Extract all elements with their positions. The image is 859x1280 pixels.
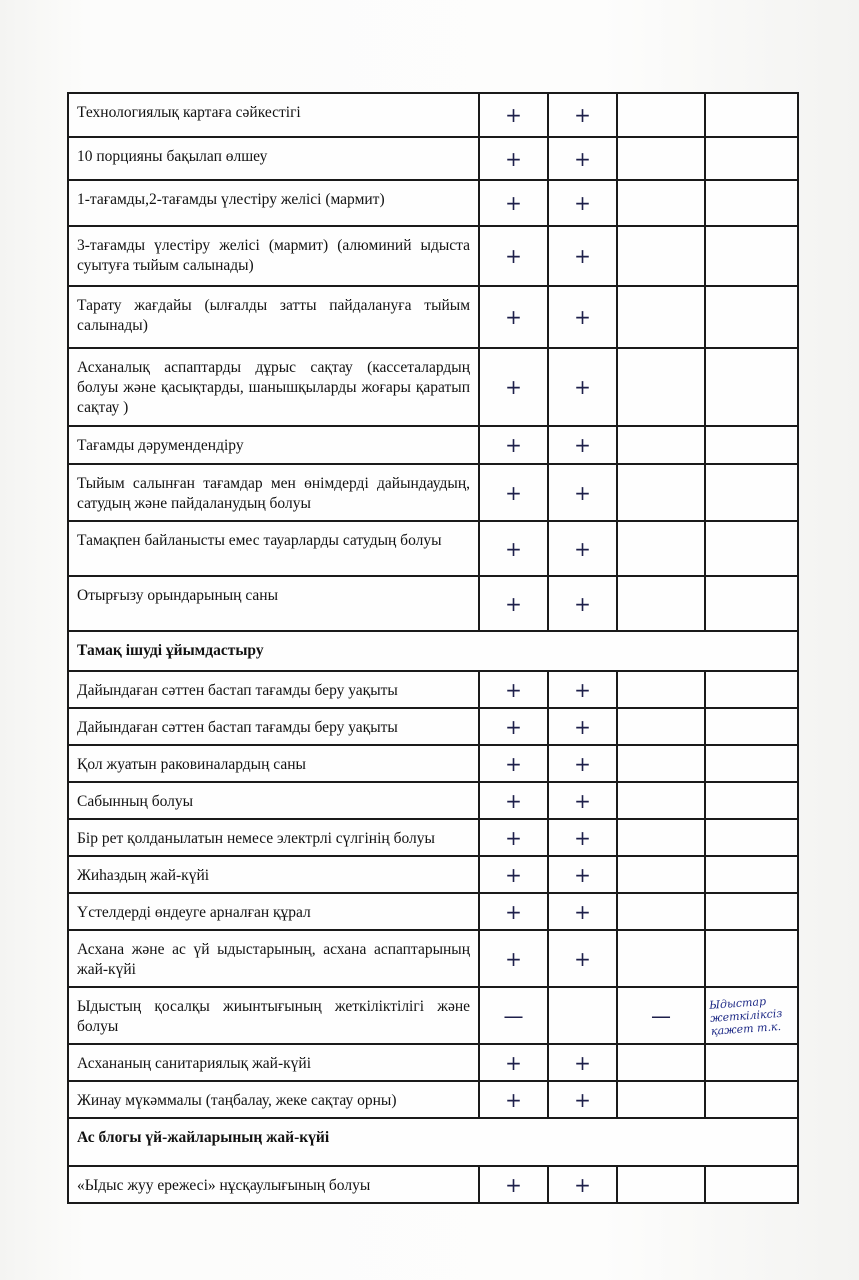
mark-cell-4 (705, 1044, 798, 1081)
mark-cell-1: + (479, 464, 548, 521)
checklist-row: Дайындаған сәттен бастап тағамды беру уа… (68, 708, 798, 745)
mark-cell-4 (705, 1166, 798, 1203)
criterion-label: Жиһаздың жай-күйі (68, 856, 479, 893)
checklist-row: Отырғызу орындарының саны++ (68, 576, 798, 631)
checklist-row: Жинау мүкәммалы (таңбалау, жеке сақтау о… (68, 1081, 798, 1118)
mark-cell-4 (705, 93, 798, 137)
mark-cell-1: + (479, 137, 548, 180)
criterion-label: Қол жуатын раковиналардың саны (68, 745, 479, 782)
checklist-row: «Ыдыс жуу ережесі» нұсқаулығының болуы++ (68, 1166, 798, 1203)
checklist-row: Асхананың санитариялық жай-күйі++ (68, 1044, 798, 1081)
mark-cell-1: + (479, 856, 548, 893)
mark-cell-3 (617, 286, 705, 348)
criterion-label: Отырғызу орындарының саны (68, 576, 479, 631)
criterion-label: Сабынның болуы (68, 782, 479, 819)
mark-cell-3 (617, 137, 705, 180)
checklist-row: Бір рет қолданылатын немесе электрлі сүл… (68, 819, 798, 856)
criterion-label: Ыдыстың қосалқы жиынтығының жеткіліктілі… (68, 987, 479, 1044)
handwritten-note: Ыдыстар жеткіліксіз қажет т.к. (703, 984, 800, 1047)
mark-cell-3 (617, 1044, 705, 1081)
criterion-label: Дайындаған сәттен бастап тағамды беру уа… (68, 708, 479, 745)
criterion-label: Жинау мүкәммалы (таңбалау, жеке сақтау о… (68, 1081, 479, 1118)
mark-cell-4 (705, 348, 798, 426)
mark-cell-4 (705, 782, 798, 819)
mark-cell-4 (705, 893, 798, 930)
checklist-body: Технологиялық картаға сәйкестігі++10 пор… (68, 93, 798, 1203)
mark-cell-4 (705, 745, 798, 782)
mark-cell-2: + (548, 708, 617, 745)
criterion-label: Тыйым салынған тағамдар мен өнімдерді да… (68, 464, 479, 521)
mark-cell-4 (705, 464, 798, 521)
mark-cell-1: + (479, 782, 548, 819)
criterion-label: 1-тағамды,2-тағамды үлестіру желісі (мар… (68, 180, 479, 226)
section-header-row: Ас блогы үй-жайларының жай-күйі (68, 1118, 798, 1166)
checklist-row: Жиһаздың жай-күйі++ (68, 856, 798, 893)
mark-cell-2: + (548, 348, 617, 426)
mark-cell-3 (617, 819, 705, 856)
mark-cell-3 (617, 745, 705, 782)
mark-cell-4 (705, 819, 798, 856)
mark-cell-2: + (548, 856, 617, 893)
checklist-row: Үстелдерді өндеуге арналған құрал++ (68, 893, 798, 930)
mark-cell-1: + (479, 286, 548, 348)
criterion-label: 10 порцияны бақылап өлшеу (68, 137, 479, 180)
criterion-label: 3-тағамды үлестіру желісі (мармит) (алюм… (68, 226, 479, 286)
mark-cell-2: + (548, 464, 617, 521)
mark-cell-1: + (479, 930, 548, 987)
mark-cell-2: + (548, 745, 617, 782)
mark-cell-3 (617, 708, 705, 745)
mark-cell-3 (617, 348, 705, 426)
mark-cell-1: + (479, 893, 548, 930)
mark-cell-3 (617, 180, 705, 226)
mark-cell-3 (617, 426, 705, 464)
mark-cell-3 (617, 93, 705, 137)
mark-cell-1: + (479, 226, 548, 286)
mark-cell-2: + (548, 671, 617, 708)
mark-cell-4 (705, 708, 798, 745)
mark-cell-2: + (548, 521, 617, 576)
mark-cell-3 (617, 893, 705, 930)
mark-cell-3 (617, 464, 705, 521)
criterion-label: Асхана және ас үй ыдыстарының, асхана ас… (68, 930, 479, 987)
checklist-row: Ыдыстың қосалқы жиынтығының жеткіліктілі… (68, 987, 798, 1044)
mark-cell-3 (617, 226, 705, 286)
criterion-label: Асханалық аспаптарды дұрыс сақтау (кассе… (68, 348, 479, 426)
mark-cell-1: + (479, 671, 548, 708)
mark-cell-2: + (548, 226, 617, 286)
mark-cell-2: + (548, 893, 617, 930)
criterion-label: Асхананың санитариялық жай-күйі (68, 1044, 479, 1081)
mark-cell-1: + (479, 708, 548, 745)
mark-cell-2: + (548, 1166, 617, 1203)
mark-cell-1: + (479, 1166, 548, 1203)
mark-cell-3 (617, 671, 705, 708)
mark-cell-3 (617, 856, 705, 893)
mark-cell-1: + (479, 576, 548, 631)
checklist-row: Қол жуатын раковиналардың саны++ (68, 745, 798, 782)
mark-cell-1: + (479, 521, 548, 576)
mark-cell-1: + (479, 745, 548, 782)
checklist-row: Тағамды дәрумендендіру++ (68, 426, 798, 464)
mark-cell-1: + (479, 426, 548, 464)
checklist-row: Технологиялық картаға сәйкестігі++ (68, 93, 798, 137)
mark-cell-2: + (548, 137, 617, 180)
mark-cell-2: + (548, 576, 617, 631)
mark-cell-2 (548, 987, 617, 1044)
checklist-row: Сабынның болуы++ (68, 782, 798, 819)
mark-cell-3 (617, 1166, 705, 1203)
mark-cell-1: + (479, 93, 548, 137)
mark-cell-2: + (548, 782, 617, 819)
criterion-label: Тағамды дәрумендендіру (68, 426, 479, 464)
mark-cell-2: + (548, 1044, 617, 1081)
mark-cell-2: + (548, 180, 617, 226)
section-header-row: Тамақ ішуді ұйымдастыру (68, 631, 798, 671)
mark-cell-3 (617, 782, 705, 819)
section-title: Ас блогы үй-жайларының жай-күйі (68, 1118, 798, 1166)
mark-cell-1: + (479, 348, 548, 426)
mark-cell-4 (705, 426, 798, 464)
checklist-row: Асхана және ас үй ыдыстарының, асхана ас… (68, 930, 798, 987)
mark-cell-3 (617, 930, 705, 987)
checklist-row: Тыйым салынған тағамдар мен өнімдерді да… (68, 464, 798, 521)
mark-cell-4 (705, 137, 798, 180)
mark-cell-3: — (617, 987, 705, 1044)
mark-cell-1: + (479, 1044, 548, 1081)
criterion-label: Технологиялық картаға сәйкестігі (68, 93, 479, 137)
mark-cell-1: + (479, 1081, 548, 1118)
mark-cell-2: + (548, 286, 617, 348)
checklist-row: Тарату жағдайы (ылғалды затты пайдалануғ… (68, 286, 798, 348)
mark-cell-4 (705, 576, 798, 631)
mark-cell-3 (617, 521, 705, 576)
checklist-row: 10 порцияны бақылап өлшеу++ (68, 137, 798, 180)
criterion-label: Дайындаған сәттен бастап тағамды беру уа… (68, 671, 479, 708)
checklist-row: Тамақпен байланысты емес тауарларды сату… (68, 521, 798, 576)
mark-cell-4 (705, 930, 798, 987)
criterion-label: Тамақпен байланысты емес тауарларды сату… (68, 521, 479, 576)
criterion-label: Бір рет қолданылатын немесе электрлі сүл… (68, 819, 479, 856)
mark-cell-2: + (548, 930, 617, 987)
checklist-row: Дайындаған сәттен бастап тағамды беру уа… (68, 671, 798, 708)
mark-cell-2: + (548, 426, 617, 464)
mark-cell-4 (705, 521, 798, 576)
checklist-row: Асханалық аспаптарды дұрыс сақтау (кассе… (68, 348, 798, 426)
mark-cell-3 (617, 576, 705, 631)
mark-cell-1: + (479, 180, 548, 226)
mark-cell-4 (705, 180, 798, 226)
section-title: Тамақ ішуді ұйымдастыру (68, 631, 798, 671)
mark-cell-2: + (548, 819, 617, 856)
criterion-label: Тарату жағдайы (ылғалды затты пайдалануғ… (68, 286, 479, 348)
mark-cell-1: — (479, 987, 548, 1044)
mark-cell-1: + (479, 819, 548, 856)
mark-cell-4 (705, 671, 798, 708)
mark-cell-2: + (548, 1081, 617, 1118)
checklist-row: 3-тағамды үлестіру желісі (мармит) (алюм… (68, 226, 798, 286)
inspection-checklist-table: Технологиялық картаға сәйкестігі++10 пор… (67, 92, 799, 1204)
mark-cell-2: + (548, 93, 617, 137)
mark-cell-4 (705, 856, 798, 893)
checklist-row: 1-тағамды,2-тағамды үлестіру желісі (мар… (68, 180, 798, 226)
mark-cell-3 (617, 1081, 705, 1118)
criterion-label: «Ыдыс жуу ережесі» нұсқаулығының болуы (68, 1166, 479, 1203)
mark-cell-4 (705, 1081, 798, 1118)
criterion-label: Үстелдерді өндеуге арналған құрал (68, 893, 479, 930)
mark-cell-4 (705, 286, 798, 348)
mark-cell-4 (705, 226, 798, 286)
